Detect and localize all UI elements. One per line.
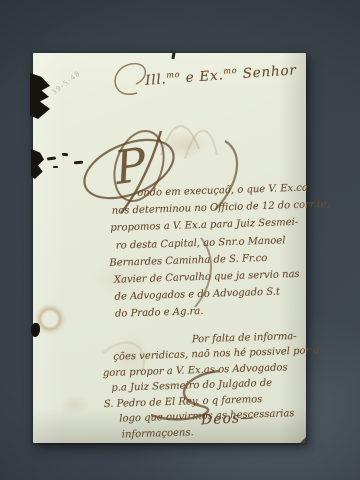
- letter-body: ondo em execuçaõ, o que V. Ex.ca nos det…: [103, 179, 321, 443]
- ink-blot: [31, 149, 44, 179]
- closing-word: Deos—: [201, 410, 256, 429]
- heading-swash: [115, 64, 145, 95]
- manuscript-paper: 39-5-48 Ill.mo e Ex.mo Senhor P ondo em …: [33, 53, 306, 443]
- showthrough-stroke: [185, 131, 217, 159]
- ink-speck: [62, 153, 68, 157]
- drop-cap-initial: P: [112, 141, 149, 191]
- salutation-text: Ill.: [145, 71, 168, 88]
- salutation: Ill.mo e Ex.mo Senhor: [145, 62, 298, 89]
- archival-number-annotation: 39-5-48: [50, 69, 82, 96]
- ink-blot: [31, 323, 40, 337]
- paragraph: ondo em execuçaõ, o que V. Ex.ca nos det…: [103, 179, 317, 323]
- salutation-text: Senhor: [237, 62, 297, 82]
- ink-speck: [47, 156, 56, 160]
- salutation-text: e Ex.: [180, 67, 224, 86]
- showthrough-stroke: [161, 126, 199, 155]
- edge-mark: [171, 52, 175, 59]
- ink-speck: [74, 161, 83, 165]
- ink-speck: [53, 166, 58, 168]
- salutation-superscript: mo: [166, 70, 181, 80]
- ink-blot: [30, 73, 50, 119]
- salutation-superscript: mo: [223, 66, 238, 76]
